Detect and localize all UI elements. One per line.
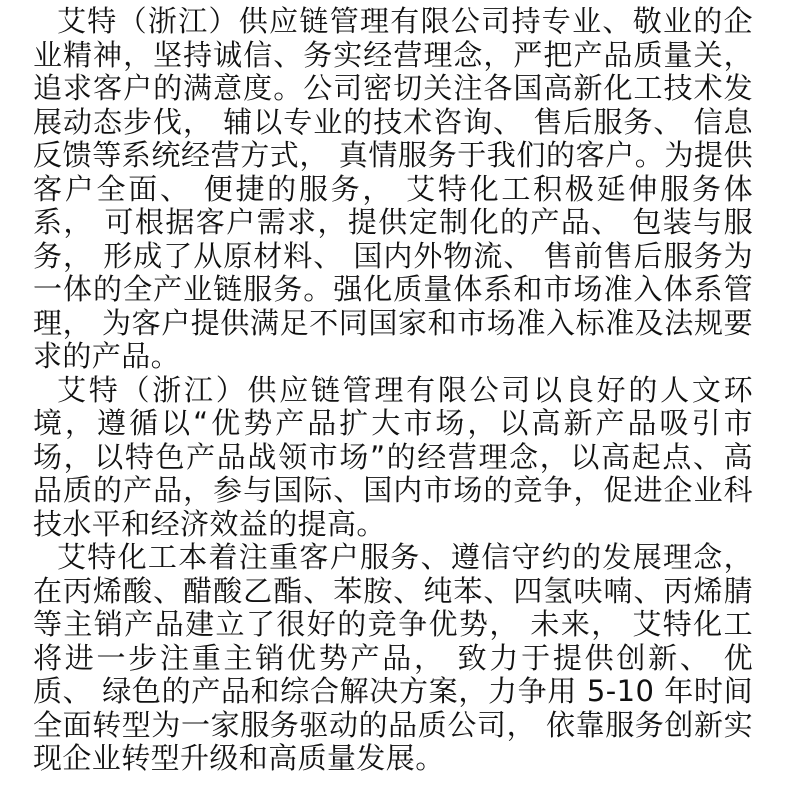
paragraph-future-development: 艾特化工本着注重客户服务、遵信守约的发展理念，在丙烯酸、醋酸乙酯、苯胺、纯苯、四… [33,541,753,776]
paragraph-business-philosophy: 艾特（浙江）供应链管理有限公司以良好的人文环境，遵循以“优势产品扩大市场，以高新… [33,374,753,542]
paragraph-company-service: 艾特（浙江）供应链管理有限公司持专业、敬业的企业精神，坚持诚信、务实经营理念，严… [33,5,753,374]
document-body: 艾特（浙江）供应链管理有限公司持专业、敬业的企业精神，坚持诚信、务实经营理念，严… [33,5,753,776]
